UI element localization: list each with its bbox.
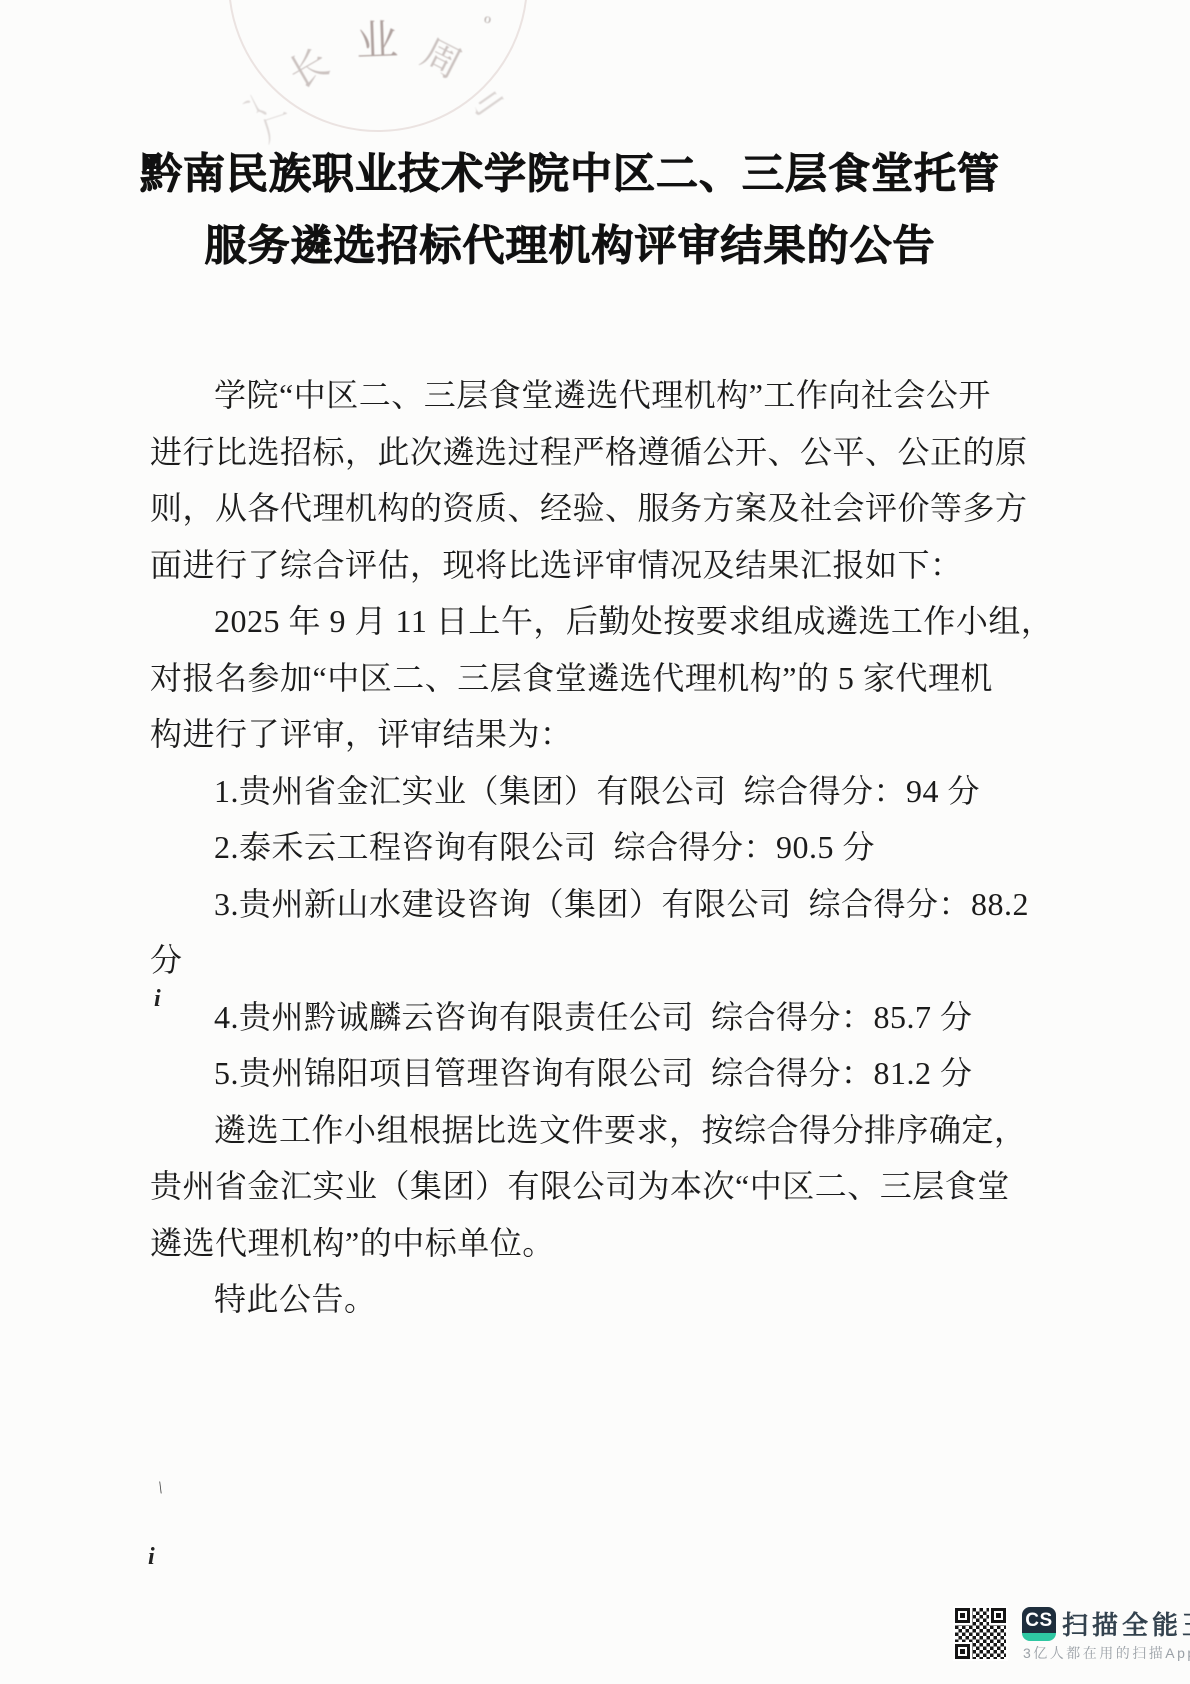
scan-artifact-mark: \ xyxy=(156,1478,165,1499)
seal-character-fragment: 周 xyxy=(414,22,473,88)
seal-character-fragment: 刂 xyxy=(455,69,515,125)
body-line: 2025 年 9 月 11 日上午，后勤处按要求组成遴选工作小组， xyxy=(150,593,1025,650)
result-line-rank3: 3.贵州新山水建设咨询（集团）有限公司 综合得分：88.2 xyxy=(150,876,1025,933)
body-line: 对报名参加“中区二、三层食堂遴选代理机构”的 5 家代理机 xyxy=(150,650,1025,707)
seal-character-fragment: 冫 xyxy=(231,76,284,123)
body-line: 遴选代理机构”的中标单位。 xyxy=(150,1215,1025,1272)
seal-ring xyxy=(228,0,528,132)
body-line: 进行比选招标，此次遴选过程严格遵循公开、公平、公正的原 xyxy=(150,424,1025,481)
camscanner-app-name: 扫描全能王 xyxy=(1062,1605,1190,1642)
qr-code xyxy=(953,1606,1008,1661)
scan-artifact-mark: i xyxy=(148,1544,155,1571)
camscanner-watermark: CS 扫描全能王 3亿人都在用的扫描App xyxy=(945,1598,1175,1673)
qr-finder-top-right xyxy=(991,1608,1006,1623)
circular-seal-stamp: 长 业 周 刂 冫 厂 o xyxy=(0,0,1190,160)
document-body: 学院“中区二、三层食堂遴选代理机构”工作向社会公开 进行比选招标，此次遴选过程严… xyxy=(150,367,1025,1328)
body-line: 贵州省金汇实业（集团）有限公司为本次“中区二、三层食堂 xyxy=(150,1158,1025,1215)
qr-finder-bottom-left xyxy=(955,1644,970,1659)
qr-finder-top-left xyxy=(955,1608,970,1623)
seal-character-fragment: 业 xyxy=(355,7,399,68)
body-line: 则，从各代理机构的资质、经验、服务方案及社会评价等多方 xyxy=(150,480,1025,537)
result-line-rank1: 1.贵州省金汇实业（集团）有限公司 综合得分：94 分 xyxy=(150,763,1025,820)
result-line-rank3-wrap: 分 xyxy=(150,932,1025,989)
title-line-2: 服务遴选招标代理机构评审结果的公告 xyxy=(0,210,1140,282)
document-title: 黔南民族职业技术学院中区二、三层食堂托管 服务遴选招标代理机构评审结果的公告 xyxy=(0,138,1140,282)
seal-character-fragment: o xyxy=(483,12,493,29)
scanned-document-page: 长 业 周 刂 冫 厂 o 黔南民族职业技术学院中区二、三层食堂托管 服务遴选招… xyxy=(0,0,1190,1684)
camscanner-logo-text: CS xyxy=(1025,1610,1052,1632)
scan-artifact-mark: i xyxy=(154,986,161,1013)
camscanner-tagline: 3亿人都在用的扫描App xyxy=(1023,1643,1190,1663)
title-line-1: 黔南民族职业技术学院中区二、三层食堂托管 xyxy=(0,138,1140,210)
seal-character-fragment: 长 xyxy=(277,32,337,99)
body-line: 学院“中区二、三层食堂遴选代理机构”工作向社会公开 xyxy=(150,367,1025,424)
camscanner-logo-icon: CS xyxy=(1022,1607,1056,1641)
body-line: 面进行了综合评估，现将比选评审情况及结果汇报如下： xyxy=(150,537,1025,594)
closing-line: 特此公告。 xyxy=(150,1271,1025,1328)
body-line: 构进行了评审，评审结果为： xyxy=(150,706,1025,763)
body-line: 遴选工作小组根据比选文件要求，按综合得分排序确定， xyxy=(150,1102,1025,1159)
result-line-rank5: 5.贵州锦阳项目管理咨询有限公司 综合得分：81.2 分 xyxy=(150,1045,1025,1102)
result-line-rank4: 4.贵州黔诚麟云咨询有限责任公司 综合得分：85.7 分 xyxy=(150,989,1025,1046)
result-line-rank2: 2.泰禾云工程咨询有限公司 综合得分：90.5 分 xyxy=(150,819,1025,876)
